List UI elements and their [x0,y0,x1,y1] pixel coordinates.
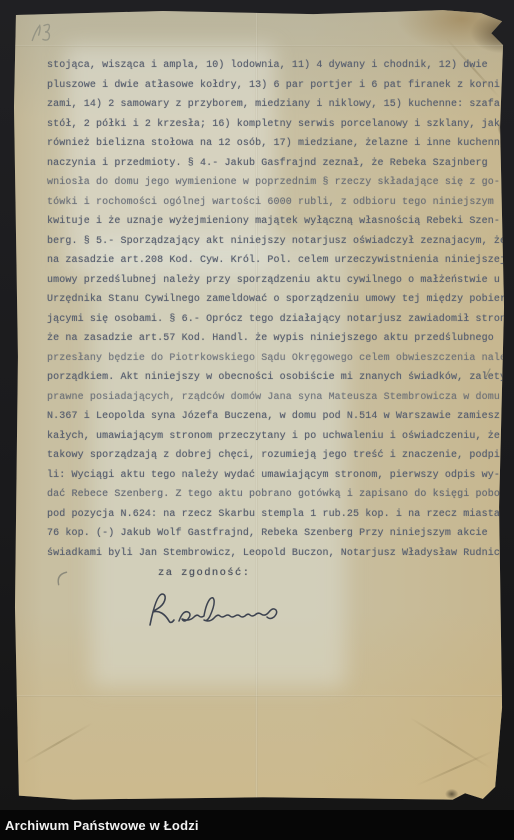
paper-crease [23,722,93,763]
typewritten-line: 76 kop. (-) Jakub Wolf Gastfrajnd, Rebek… [47,524,503,544]
certification-label: za zgodność: [158,567,250,579]
typewritten-line: berg. § 5.- Sporządzający akt niniejszy … [47,232,503,252]
typewritten-line: dać Rebece Szenberg. Z tego aktu pobrano… [47,485,503,505]
typewritten-line: świadkami byli Jan Stembrowicz, Leopold … [47,544,503,564]
typewritten-line: tówki i rochomości ogólnej wartości 6000… [47,193,503,213]
typewritten-line: Urzędnika Stanu Cywilnego zameldować o s… [47,290,503,310]
archive-label-bar: Archiwum Państwowe w Łodzi [0,810,514,840]
typewritten-line: na zasadzie art.208 Kod. Cyw. Król. Pol.… [47,251,503,271]
typewritten-line: pod pozycja N.624: na rzecz Skarbu stemp… [47,505,503,525]
typewritten-line: prawne posiadających, rządców domów Jana… [47,388,503,408]
pencil-check-mark [53,570,71,588]
typewritten-line: że na zasadzie art.57 Kod. Handl. że wyp… [47,329,503,349]
horizontal-fold-line [13,695,506,697]
typewritten-line: zami, 14) 2 samowary z przyborem, miedzi… [47,95,503,115]
typewritten-line: N.367 i Leopolda syna Józefa Buczena, w … [47,407,503,427]
typewritten-line: pluszowe i dwie atłasowe kołdry, 13) 6 p… [47,76,503,96]
archive-name-label: Archiwum Państwowe w Łodzi [5,818,199,833]
typewritten-line: jącymi się osobami. § 6.- Oprócz tego dz… [47,310,503,330]
pencil-tick-mark [484,368,492,379]
paper-crease [410,717,491,769]
typewritten-line: umowy przedślubnej należy przy sporządze… [47,271,503,291]
typewritten-line: wniosła do domu jego wymienione w poprze… [47,173,503,193]
paper-crease [416,750,494,786]
typewritten-line: stół, 2 półki i 2 krzesła; 16) kompletny… [47,115,503,135]
typewritten-line: stojąca, wisząca i ampla, 10) lodownia, … [47,56,503,76]
photo-background: stojąca, wisząca i ampla, 10) lodownia, … [0,0,514,840]
typewritten-line: takowy sporządzają z dobrej chęci, rozum… [47,446,503,466]
typewritten-line: przesłany będzie do Piotrkowskiego Sądu … [47,349,503,369]
horizontal-fold-line [13,45,506,47]
typewritten-line: porządkiem. Akt niniejszy w obecności os… [47,368,503,388]
typewritten-line: naczynia i przedmioty. § 4.- Jakub Gasfr… [47,154,503,174]
typewritten-line: li: Wyciągi aktu tego należy wydać umawi… [47,466,503,486]
handwritten-signature [141,583,293,635]
document-page: stojąca, wisząca i ampla, 10) lodownia, … [13,7,506,802]
pencil-note-13 [27,17,63,49]
typewritten-text-block: stojąca, wisząca i ampla, 10) lodownia, … [47,56,503,563]
typewritten-line: kałych, umawiającym stronom przeczytany … [47,427,503,447]
typewritten-line: kwituje i że uznaje wyżejmieniony mająte… [47,212,503,232]
typewritten-line: również bielizna stołowa na 12 osób, 17)… [47,134,503,154]
